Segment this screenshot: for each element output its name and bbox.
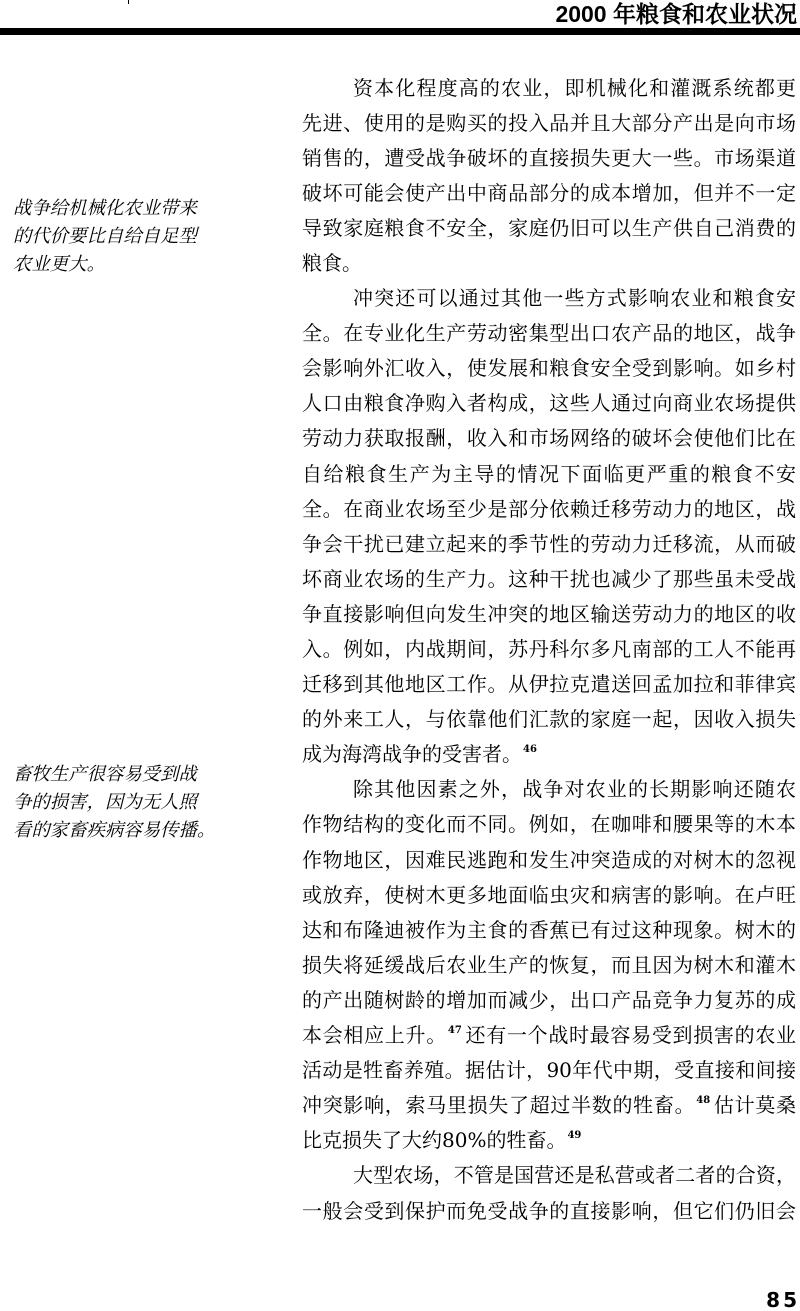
text-segment: 成为海湾战争的受害者。 (302, 742, 522, 766)
margin-note-line: 争的损害，因为无人照 (13, 789, 213, 817)
text-line: 会影响外汇收入，使发展和粮食安全受到影响。如乡村 (302, 351, 796, 386)
footnote-ref-49: 49 (567, 1130, 581, 1141)
text-segment: 估计莫桑 (713, 1093, 796, 1117)
text-line: 达和布隆迪被作为主食的香蕉已有过这种现象。树木的 (302, 913, 796, 948)
text-segment: 冲突影响，索马里损失了超过半数的牲畜。 (302, 1093, 695, 1117)
text-line: 入。例如，内战期间，苏丹科尔多凡南部的工人不能再 (302, 632, 796, 667)
footnote-ref-47: 47 (448, 1025, 462, 1036)
text-line: 本会相应上升。47还有一个战时最容易受到损害的农业 (302, 1018, 796, 1053)
text-line: 比克损失了大约80%的牲畜。49 (302, 1123, 796, 1158)
text-line: 大型农场，不管是国营还是私营或者二者的合资， (302, 1158, 796, 1193)
text-line: 迁移到其他地区工作。从伊拉克遣送回孟加拉和菲律宾 (302, 667, 796, 702)
text-line: 先进、使用的是购买的投入品并且大部分产出是向市场 (302, 106, 796, 141)
text-line: 全。在商业农场至少是部分依赖迁移劳动力的地区，战 (302, 492, 796, 527)
text-line: 销售的，遭受战争破坏的直接损失更大一些。市场渠道 (302, 141, 796, 176)
body-text: 资本化程度高的农业，即机械化和灌溉系统都更 先进、使用的是购买的投入品并且大部分… (302, 71, 796, 1229)
paragraph-3: 除其他因素之外，战争对农业的长期影响还随农 作物结构的变化而不同。例如，在咖啡和… (302, 772, 796, 1158)
margin-note-line: 畜牧生产很容易受到战 (13, 761, 213, 789)
footnote-ref-46: 46 (523, 744, 537, 755)
text-segment: 比克损失了大约80%的牲畜。 (302, 1128, 566, 1152)
text-line: 的产出随树龄的增加而减少，出口产品竞争力复苏的成 (302, 983, 796, 1018)
footnote-ref-48: 48 (696, 1095, 710, 1106)
paragraph-4: 大型农场，不管是国营还是私营或者二者的合资， 一般会受到保护而免受战争的直接影响… (302, 1158, 796, 1228)
text-line: 冲突还可以通过其他一些方式影响农业和粮食安 (302, 281, 796, 316)
text-line: 的外来工人，与依靠他们汇款的家庭一起，因收入损失 (302, 702, 796, 737)
text-line: 争会干扰已建立起来的季节性的劳动力迁移流，从而破 (302, 527, 796, 562)
page-number: 85 (766, 1290, 800, 1310)
text-line: 活动是牲畜养殖。据估计，90年代中期，受直接和间接 (302, 1053, 796, 1088)
margin-note-line: 的代价要比自给自足型 (13, 223, 213, 251)
text-segment: 本会相应上升。 (302, 1023, 447, 1047)
header-rule (0, 28, 800, 35)
running-header-title: 2000 年粮食和农业状况 (555, 1, 797, 27)
text-line: 冲突影响，索马里损失了超过半数的牲畜。48估计莫桑 (302, 1088, 796, 1123)
text-line: 人口由粮食净购入者构成，这些人通过向商业农场提供 (302, 386, 796, 421)
book-page: 2000 年粮食和农业状况 战争给机械化农业带来 的代价要比自给自足型 农业更大… (0, 0, 800, 1311)
text-line: 作物结构的变化而不同。例如，在咖啡和腰果等的木本 (302, 807, 796, 842)
text-line: 资本化程度高的农业，即机械化和灌溉系统都更 (302, 71, 796, 106)
text-line: 成为海湾战争的受害者。46 (302, 737, 796, 772)
text-segment: 还有一个战时最容易受到损害的农业 (465, 1023, 796, 1047)
text-line: 除其他因素之外，战争对农业的长期影响还随农 (302, 772, 796, 807)
text-line: 破坏可能会使产出中商品部分的成本增加，但并不一定 (302, 176, 796, 211)
margin-note-livestock: 畜牧生产很容易受到战 争的损害，因为无人照 看的家畜疾病容易传播。 (13, 761, 213, 845)
margin-note-line: 看的家畜疾病容易传播。 (13, 817, 213, 845)
paragraph-2: 冲突还可以通过其他一些方式影响农业和粮食安 全。在专业化生产劳动密集型出口农产品… (302, 281, 796, 772)
text-line: 劳动力获取报酬，收入和市场网络的破坏会使他们比在 (302, 421, 796, 456)
text-line: 全。在专业化生产劳动密集型出口农产品的地区，战争 (302, 316, 796, 351)
text-line: 争直接影响但向发生冲突的地区输送劳动力的地区的收 (302, 597, 796, 632)
text-line: 损失将延缓战后农业生产的恢复，而且因为树木和灌木 (302, 948, 796, 983)
scan-artifact-mark (128, 0, 129, 4)
text-line: 自给粮食生产为主导的情况下面临更严重的粮食不安 (302, 457, 796, 492)
text-line: 作物地区，因难民逃跑和发生冲突造成的对树木的忽视 (302, 843, 796, 878)
paragraph-1: 资本化程度高的农业，即机械化和灌溉系统都更 先进、使用的是购买的投入品并且大部分… (302, 71, 796, 282)
margin-note-line: 农业更大。 (13, 251, 213, 279)
text-line: 或放弃，使树木更多地面临虫灾和病害的影响。在卢旺 (302, 878, 796, 913)
text-line: 坏商业农场的生产力。这种干扰也减少了那些虽未受战 (302, 562, 796, 597)
text-line: 粮食。 (302, 246, 796, 281)
margin-note-line: 战争给机械化农业带来 (13, 195, 213, 223)
text-line: 一般会受到保护而免受战争的直接影响，但它们仍旧会 (302, 1194, 796, 1229)
margin-note-mechanized-agriculture: 战争给机械化农业带来 的代价要比自给自足型 农业更大。 (13, 195, 213, 279)
text-line: 导致家庭粮食不安全，家庭仍旧可以生产供自己消费的 (302, 211, 796, 246)
